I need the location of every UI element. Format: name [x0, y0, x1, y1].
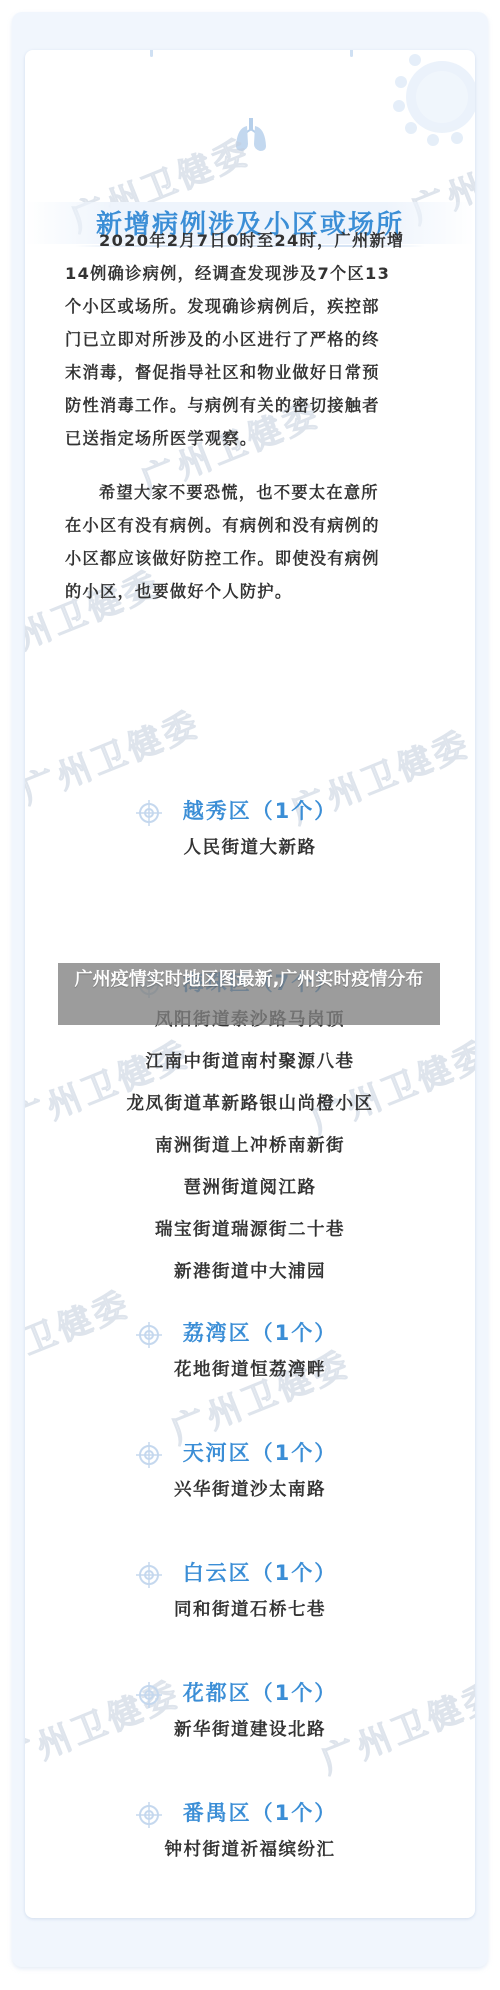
card-pin — [350, 50, 353, 57]
district-huadu: 花都区（1个） 新华街道建设北路 — [25, 1678, 475, 1750]
street-item: 新华街道建设北路 — [25, 1710, 475, 1750]
target-icon — [135, 1321, 163, 1349]
street-item: 兴华街道沙太南路 — [25, 1470, 475, 1510]
paragraph-advice: 希望大家不要恐慌，也不要太在意所 在小区有没有病例。有病例和没有病例的 小区都应… — [65, 476, 475, 608]
street-item: 江南中街道南村聚源八巷 — [25, 1042, 475, 1082]
article-title[interactable]: 广州疫情实时地区图最新,广州实时疫情分布 — [66, 967, 432, 992]
district-name: 荔湾区（1个） — [183, 1318, 338, 1348]
district-header: 荔湾区（1个） — [25, 1318, 475, 1348]
target-icon — [135, 799, 163, 827]
paragraph-line: 的小区，也要做好个人防护。 — [65, 575, 475, 608]
article-title-banner[interactable]: 广州疫情实时地区图最新,广州实时疫情分布 — [58, 963, 440, 1025]
street-item: 龙凤街道革新路银山尚橙小区 — [25, 1084, 475, 1124]
district-name: 天河区（1个） — [183, 1438, 338, 1468]
target-icon — [135, 1801, 163, 1829]
target-icon — [135, 1681, 163, 1709]
street-item: 琶洲街道阅江路 — [25, 1168, 475, 1208]
district-name: 越秀区（1个） — [183, 796, 338, 826]
virus-icon — [387, 50, 475, 152]
street-item: 瑞宝街道瑞源街二十巷 — [25, 1210, 475, 1250]
district-header: 越秀区（1个） — [25, 796, 475, 826]
district-header: 天河区（1个） — [25, 1438, 475, 1468]
district-header: 花都区（1个） — [25, 1678, 475, 1708]
paragraph-line: 2020年2月7日0时至24时，广州新增 — [65, 224, 475, 257]
district-panyu: 番禺区（1个） 钟村街道祈福缤纷汇 — [25, 1798, 475, 1870]
street-item: 同和街道石桥七巷 — [25, 1590, 475, 1630]
street-item: 钟村街道祈福缤纷汇 — [25, 1830, 475, 1870]
paragraph-line: 门已立即对所涉及的小区进行了严格的终 — [65, 323, 475, 356]
paragraph-line: 希望大家不要恐慌，也不要太在意所 — [65, 476, 475, 509]
paragraph-summary: 2020年2月7日0时至24时，广州新增 14例确诊病例，经调查发现涉及7个区1… — [65, 224, 475, 455]
street-item: 南洲街道上冲桥南新街 — [25, 1126, 475, 1166]
district-name: 白云区（1个） — [183, 1558, 338, 1588]
district-tianhe: 天河区（1个） 兴华街道沙太南路 — [25, 1438, 475, 1510]
paragraph-line: 个小区或场所。发现确诊病例后，疾控部 — [65, 290, 475, 323]
district-header: 番禺区（1个） — [25, 1798, 475, 1828]
target-icon — [135, 1441, 163, 1469]
district-liwan: 荔湾区（1个） 花地街道恒荔湾畔 — [25, 1318, 475, 1390]
paragraph-line: 小区都应该做好防控工作。即使没有病例 — [65, 542, 475, 575]
paragraph-line: 14例确诊病例，经调查发现涉及7个区13 — [65, 257, 475, 290]
paragraph-line: 防性消毒工作。与病例有关的密切接触者 — [65, 389, 475, 422]
district-header: 白云区（1个） — [25, 1558, 475, 1588]
street-item: 新港街道中大浦园 — [25, 1252, 475, 1292]
paragraph-line: 末消毒，督促指导社区和物业做好日常预 — [65, 356, 475, 389]
paragraph-line: 已送指定场所医学观察。 — [65, 422, 475, 455]
street-item: 花地街道恒荔湾畔 — [25, 1350, 475, 1390]
target-icon — [135, 1561, 163, 1589]
street-item: 人民街道大新路 — [25, 828, 475, 868]
district-name: 番禺区（1个） — [183, 1798, 338, 1828]
paragraph-line: 在小区有没有病例。有病例和没有病例的 — [65, 509, 475, 542]
district-name: 花都区（1个） — [183, 1678, 338, 1708]
card-pin — [150, 50, 153, 57]
district-yuexiu: 越秀区（1个） 人民街道大新路 — [25, 796, 475, 868]
district-baiyun: 白云区（1个） 同和街道石桥七巷 — [25, 1558, 475, 1630]
